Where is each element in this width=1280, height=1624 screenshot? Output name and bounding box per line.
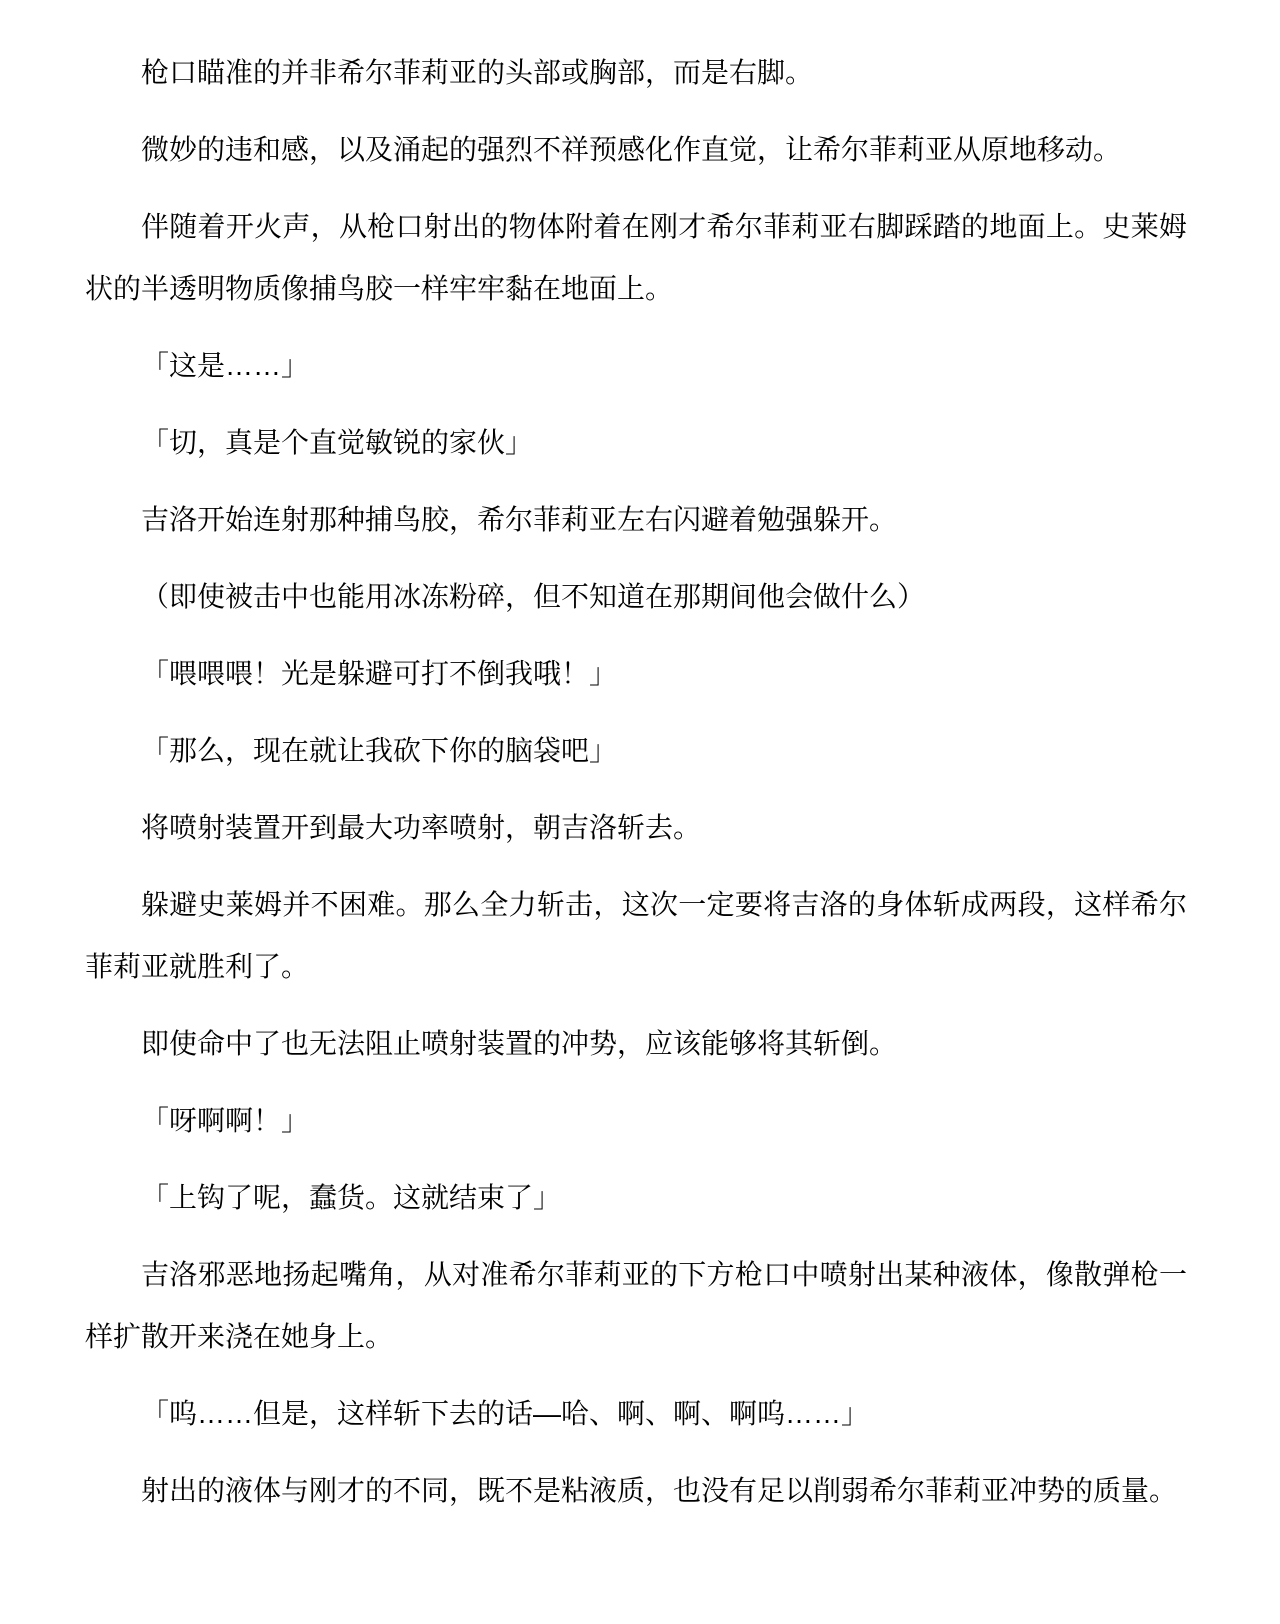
paragraph-dialogue: 「这是……」 xyxy=(85,335,1187,397)
paragraph-narration: 即使命中了也无法阻止喷射装置的冲势，应该能够将其斩倒。 xyxy=(85,1013,1187,1075)
paragraph-dialogue: 「呀啊啊！」 xyxy=(85,1090,1187,1152)
paragraph-narration: 微妙的违和感，以及涌起的强烈不祥预感化作直觉，让希尔菲莉亚从原地移动。 xyxy=(85,119,1187,181)
paragraph-dialogue: 「呜……但是，这样斩下去的话—哈、啊、啊、啊呜……」 xyxy=(85,1383,1187,1445)
paragraph-narration: 枪口瞄准的并非希尔菲莉亚的头部或胸部，而是右脚。 xyxy=(85,42,1187,104)
paragraph-narration: 躲避史莱姆并不困难。那么全力斩击，这次一定要将吉洛的身体斩成两段，这样希尔菲莉亚… xyxy=(85,874,1187,998)
paragraph-narration: 伴随着开火声，从枪口射出的物体附着在刚才希尔菲莉亚右脚踩踏的地面上。史莱姆状的半… xyxy=(85,196,1187,320)
paragraph-dialogue: 「喂喂喂！光是躲避可打不倒我哦！」 xyxy=(85,643,1187,705)
paragraph-thought: （即使被击中也能用冰冻粉碎，但不知道在那期间他会做什么） xyxy=(85,566,1187,628)
paragraph-dialogue: 「切，真是个直觉敏锐的家伙」 xyxy=(85,412,1187,474)
paragraph-narration: 吉洛开始连射那种捕鸟胶，希尔菲莉亚左右闪避着勉强躲开。 xyxy=(85,489,1187,551)
paragraph-dialogue: 「那么，现在就让我砍下你的脑袋吧」 xyxy=(85,720,1187,782)
paragraph-narration: 将喷射装置开到最大功率喷射，朝吉洛斩去。 xyxy=(85,797,1187,859)
paragraph-dialogue: 「上钩了呢，蠢货。这就结束了」 xyxy=(85,1167,1187,1229)
paragraph-narration: 吉洛邪恶地扬起嘴角，从对准希尔菲莉亚的下方枪口中喷射出某种液体，像散弹枪一样扩散… xyxy=(85,1244,1187,1368)
paragraph-narration: 射出的液体与刚才的不同，既不是粘液质，也没有足以削弱希尔菲莉亚冲势的质量。 xyxy=(85,1460,1187,1522)
novel-page-text: 枪口瞄准的并非希尔菲莉亚的头部或胸部，而是右脚。微妙的违和感，以及涌起的强烈不祥… xyxy=(0,0,1280,1624)
